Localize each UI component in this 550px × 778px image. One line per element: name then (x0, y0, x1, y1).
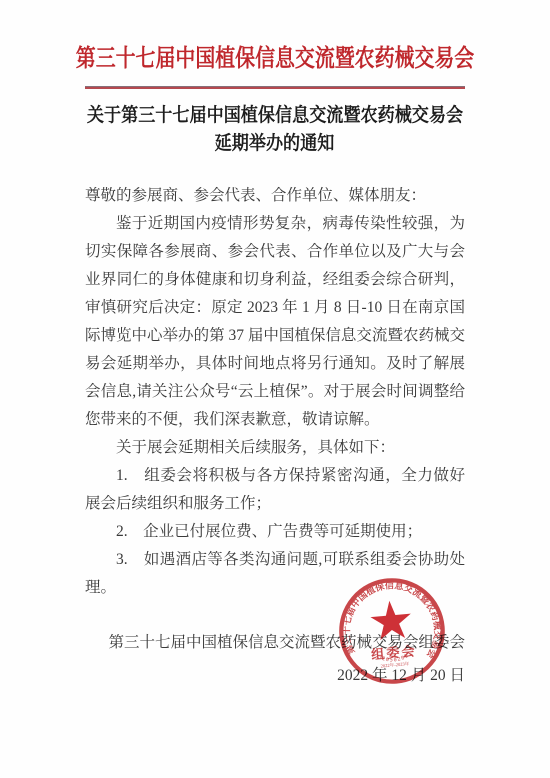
notice-title-line2: 延期举办的通知 (215, 130, 335, 158)
notice-title: 关于第三十七届中国植保信息交流暨农药械交易会 延期举办的通知 (0, 102, 550, 158)
greeting-line: 尊敬的参展商、参会代表、合作单位、媒体朋友： (85, 182, 465, 210)
notice-document: 第三十七届中国植保信息交流暨农药械交易会 关于第三十七届中国植保信息交流暨农药械… (0, 0, 550, 778)
signature-date: 2022 年 12 月 20 日 (85, 659, 465, 692)
letterhead-org-title: 第三十七届中国植保信息交流暨农药械交易会 (76, 38, 474, 73)
signature-block: 第三十七届中国植保信息交流暨农药械交易会组委会 2022 年 12 月 20 日 (85, 626, 465, 692)
followup-intro: 关于展会延期相关后续服务，具体如下： (85, 434, 465, 462)
main-paragraph: 鉴于近期国内疫情形势复杂，病毒传染性较强，为切实保障各参展商、参会代表、合作单位… (85, 210, 465, 434)
followup-item-3: 3. 如遇酒店等各类沟通问题,可联系组委会协助处理。 (85, 546, 465, 602)
signature-org: 第三十七届中国植保信息交流暨农药械交易会组委会 (85, 626, 465, 659)
followup-item-2: 2. 企业已付展位费、广告费等可延期使用； (85, 518, 465, 546)
followup-item-1: 1. 组委会将积极与各方保持紧密沟通，全力做好展会后续组织和服务工作； (85, 462, 465, 518)
notice-body: 尊敬的参展商、参会代表、合作单位、媒体朋友： 鉴于近期国内疫情形势复杂，病毒传染… (85, 182, 465, 602)
notice-title-line1: 关于第三十七届中国植保信息交流暨农药械交易会 (87, 102, 463, 130)
letterhead-rule (85, 86, 465, 89)
letterhead: 第三十七届中国植保信息交流暨农药械交易会 (0, 38, 550, 73)
